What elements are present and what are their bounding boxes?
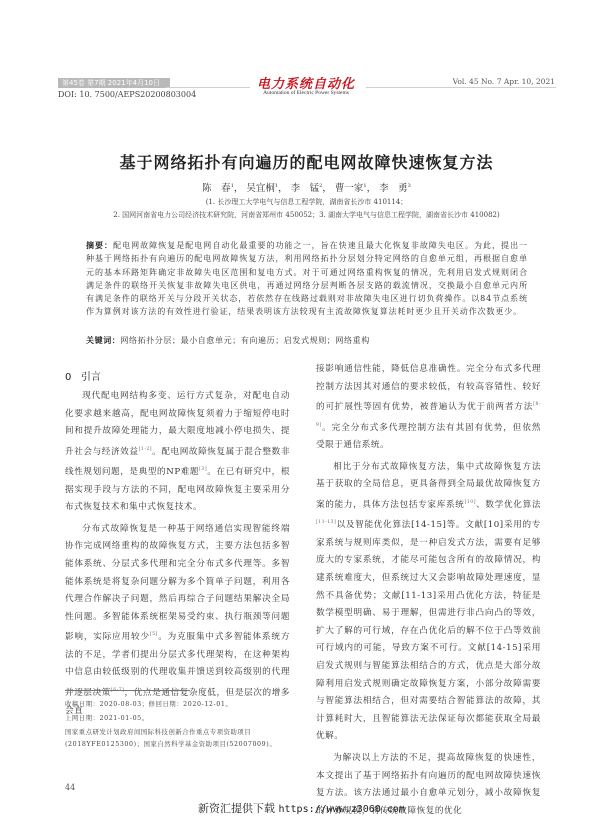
paragraph: 相比于分布式故障恢复方法，集中式故障恢复方法基于获取的全局信息，更具备得到全局最…	[316, 459, 541, 746]
section-heading: 0 引言	[65, 368, 101, 383]
author: 曹一家	[335, 183, 364, 194]
doi: DOI: 10. 7500/AEPS20200803004	[58, 90, 196, 99]
paragraph: 接影响通信性能，降低信息准确性。完全分布式多代理控制方法因其对通信的要求较低，有…	[316, 361, 541, 455]
watermark-text: 新资汇提供下载	[198, 802, 279, 815]
citation[interactable]: [11-13]	[316, 520, 336, 525]
right-column: 接影响通信性能，降低信息准确性。完全分布式多代理控制方法因其对通信的要求较低，有…	[316, 361, 541, 820]
page-number: 44	[65, 783, 75, 792]
keywords: 关键词：网络拓扑分层；最小自愈单元；有向遍历；启发式规则；网络重构	[86, 335, 528, 346]
abstract-label: 摘要：	[86, 241, 113, 250]
header-rule-left	[166, 87, 250, 88]
section-title: 引言	[81, 372, 101, 383]
citation[interactable]: [3]	[199, 467, 207, 472]
author: 李 勇	[379, 183, 408, 194]
watermark-url[interactable]: https://www.z3060.com	[279, 804, 405, 815]
affiliation-line-1: (1. 长沙理工大学电气与信息工程学院，湖南省长沙市 410114；	[0, 197, 613, 207]
citation[interactable]: [1-2]	[139, 447, 153, 452]
keywords-label: 关键词：	[86, 336, 120, 345]
issue-band: 第45卷 第7期 2021年4月10日	[58, 78, 170, 88]
footnote-divider	[65, 690, 190, 691]
abstract: 摘要：配电网故障恢复是配电网自动化最重要的功能之一，旨在快速且最大化恢复非故障失…	[86, 239, 528, 319]
footnote-funding: 国家重点研发计划政府间国际科技创新合作重点专项资助项目(2018YFE01253…	[65, 727, 293, 751]
affiliation-mark: 2	[319, 183, 322, 189]
citation[interactable]: [5]	[150, 632, 158, 637]
author: 陈 春	[202, 183, 231, 194]
author-list: 陈 春1， 吴宜桐1， 李 锰2， 曹一家1， 李 勇3	[0, 180, 613, 194]
keywords-text: 网络拓扑分层；最小自愈单元；有向遍历；启发式规则；网络重构	[120, 336, 369, 345]
affiliation-line-2: 2. 国网河南省电力公司经济技术研究院，河南省郑州市 450052；3. 湖南大…	[0, 210, 613, 220]
header-rule-right	[366, 87, 556, 88]
left-column: 现代配电网结构多变、运行方式复杂，对配电自动化要求越来越高，配电网故障恢复须着力…	[65, 388, 290, 720]
affiliation-mark: 1	[231, 183, 234, 189]
citation[interactable]: [10]	[465, 500, 476, 505]
paper-title: 基于网络拓扑有向遍历的配电网故障快速恢复方法	[0, 150, 613, 173]
abstract-text: 配电网故障恢复是配电网自动化最重要的功能之一，旨在快速且最大化恢复非故障失电区。…	[86, 241, 528, 316]
affiliation-mark: 3	[408, 183, 411, 189]
affiliation-mark: 1	[363, 183, 366, 189]
author: 吴宜桐	[246, 183, 275, 194]
watermark: 新资汇提供下载 https://www.z3060.com	[198, 800, 405, 816]
volume-info: Vol. 45 No. 7 Apr. 10, 2021	[453, 77, 555, 86]
footnote-received: 收稿日期：2020-08-03；修回日期：2020-12-01。	[65, 699, 293, 711]
journal-name-en: Automation of Electric Power Systems	[238, 90, 374, 96]
section-number: 0	[65, 372, 71, 383]
footnote-online: 上网日期：2021-01-05。	[65, 713, 293, 725]
paragraph: 现代配电网结构多变、运行方式复杂，对配电自动化要求越来越高，配电网故障恢复须着力…	[65, 388, 290, 517]
author: 李 锰	[291, 183, 320, 194]
affiliation-mark: 1	[275, 183, 278, 189]
